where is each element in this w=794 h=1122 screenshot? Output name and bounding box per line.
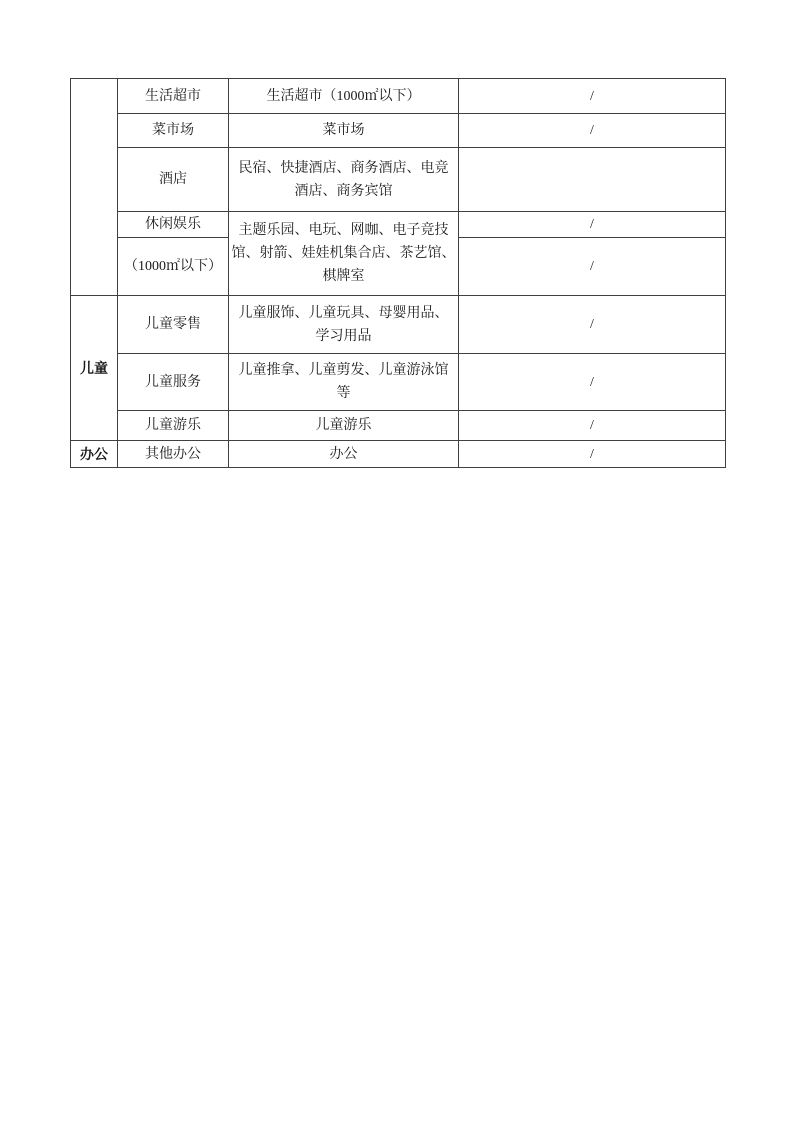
format-line: 学习用品 [231, 325, 456, 348]
subcategory-cell: 儿童零售 [118, 296, 229, 354]
category-label: 办公 [80, 446, 108, 462]
format-line: 主题乐园、电玩、网咖、电子竞技 [231, 219, 456, 242]
category-label: 儿童 [80, 360, 108, 376]
format-cell: 主题乐园、电玩、网咖、电子竞技 馆、射箭、娃娃机集合店、茶艺馆、 棋牌室 [229, 212, 459, 296]
table-row: 菜市场 菜市场 / [71, 114, 726, 148]
format-line: 菜市场 [231, 119, 456, 142]
format-cell: 儿童游乐 [229, 411, 459, 441]
format-cell: 办公 [229, 441, 459, 468]
format-line: 酒店、商务宾馆 [231, 180, 456, 203]
slash-mark: / [590, 217, 594, 232]
slash-mark: / [590, 418, 594, 433]
slash-mark: / [590, 447, 594, 462]
subcategory-cell: 酒店 [118, 148, 229, 212]
note-cell: / [459, 441, 726, 468]
subcategory-label: 儿童游乐 [145, 418, 201, 433]
slash-mark: / [590, 123, 594, 138]
subcategory-cell: 休闲娱乐 [118, 212, 229, 238]
table-row: 生活超市 生活超市（1000㎡以下） / [71, 79, 726, 114]
format-line: 办公 [231, 443, 456, 466]
format-line: 棋牌室 [231, 265, 456, 288]
table-row: 儿童 儿童零售 儿童服饰、儿童玩具、母婴用品、 学习用品 / [71, 296, 726, 354]
subcategory-cell: （1000㎡以下） [118, 238, 229, 296]
format-line: 生活超市（1000㎡以下） [231, 85, 456, 108]
business-format-table: 生活超市 生活超市（1000㎡以下） / 菜市场 菜市场 / 酒店 民宿、快捷酒… [70, 78, 726, 468]
note-cell: / [459, 79, 726, 114]
format-cell: 儿童服饰、儿童玩具、母婴用品、 学习用品 [229, 296, 459, 354]
format-cell: 菜市场 [229, 114, 459, 148]
document-page: 生活超市 生活超市（1000㎡以下） / 菜市场 菜市场 / 酒店 民宿、快捷酒… [0, 0, 794, 1122]
note-cell: / [459, 238, 726, 296]
subcategory-cell: 菜市场 [118, 114, 229, 148]
format-line: 儿童服饰、儿童玩具、母婴用品、 [231, 302, 456, 325]
table-row: 休闲娱乐 主题乐园、电玩、网咖、电子竞技 馆、射箭、娃娃机集合店、茶艺馆、 棋牌… [71, 212, 726, 238]
note-cell: / [459, 212, 726, 238]
subcategory-label: 生活超市 [145, 89, 201, 104]
subcategory-cell: 其他办公 [118, 441, 229, 468]
table-row: 儿童游乐 儿童游乐 / [71, 411, 726, 441]
format-cell: 生活超市（1000㎡以下） [229, 79, 459, 114]
table-row: 办公 其他办公 办公 / [71, 441, 726, 468]
format-line: 等 [231, 382, 456, 405]
note-cell: / [459, 354, 726, 411]
subcategory-label: 其他办公 [145, 447, 201, 462]
note-cell: / [459, 114, 726, 148]
subcategory-label: 菜市场 [152, 123, 194, 138]
subcategory-label: （1000㎡以下） [124, 259, 222, 274]
category-cell [71, 79, 118, 296]
category-cell: 办公 [71, 441, 118, 468]
format-line: 民宿、快捷酒店、商务酒店、电竞 [231, 157, 456, 180]
note-cell: / [459, 296, 726, 354]
slash-mark: / [590, 89, 594, 104]
subcategory-cell: 生活超市 [118, 79, 229, 114]
subcategory-label: 休闲娱乐 [145, 217, 201, 232]
subcategory-label: 儿童服务 [145, 375, 201, 390]
slash-mark: / [590, 317, 594, 332]
format-cell: 民宿、快捷酒店、商务酒店、电竞 酒店、商务宾馆 [229, 148, 459, 212]
note-cell [459, 148, 726, 212]
format-line: 儿童游乐 [231, 414, 456, 437]
subcategory-cell: 儿童游乐 [118, 411, 229, 441]
note-cell: / [459, 411, 726, 441]
subcategory-label: 酒店 [159, 172, 187, 187]
slash-mark: / [590, 259, 594, 274]
format-line: 馆、射箭、娃娃机集合店、茶艺馆、 [231, 242, 456, 265]
table-row: 儿童服务 儿童推拿、儿童剪发、儿童游泳馆 等 / [71, 354, 726, 411]
category-cell: 儿童 [71, 296, 118, 441]
subcategory-label: 儿童零售 [145, 317, 201, 332]
format-cell: 儿童推拿、儿童剪发、儿童游泳馆 等 [229, 354, 459, 411]
slash-mark: / [590, 375, 594, 390]
table-row: 酒店 民宿、快捷酒店、商务酒店、电竞 酒店、商务宾馆 [71, 148, 726, 212]
subcategory-cell: 儿童服务 [118, 354, 229, 411]
format-line: 儿童推拿、儿童剪发、儿童游泳馆 [231, 359, 456, 382]
